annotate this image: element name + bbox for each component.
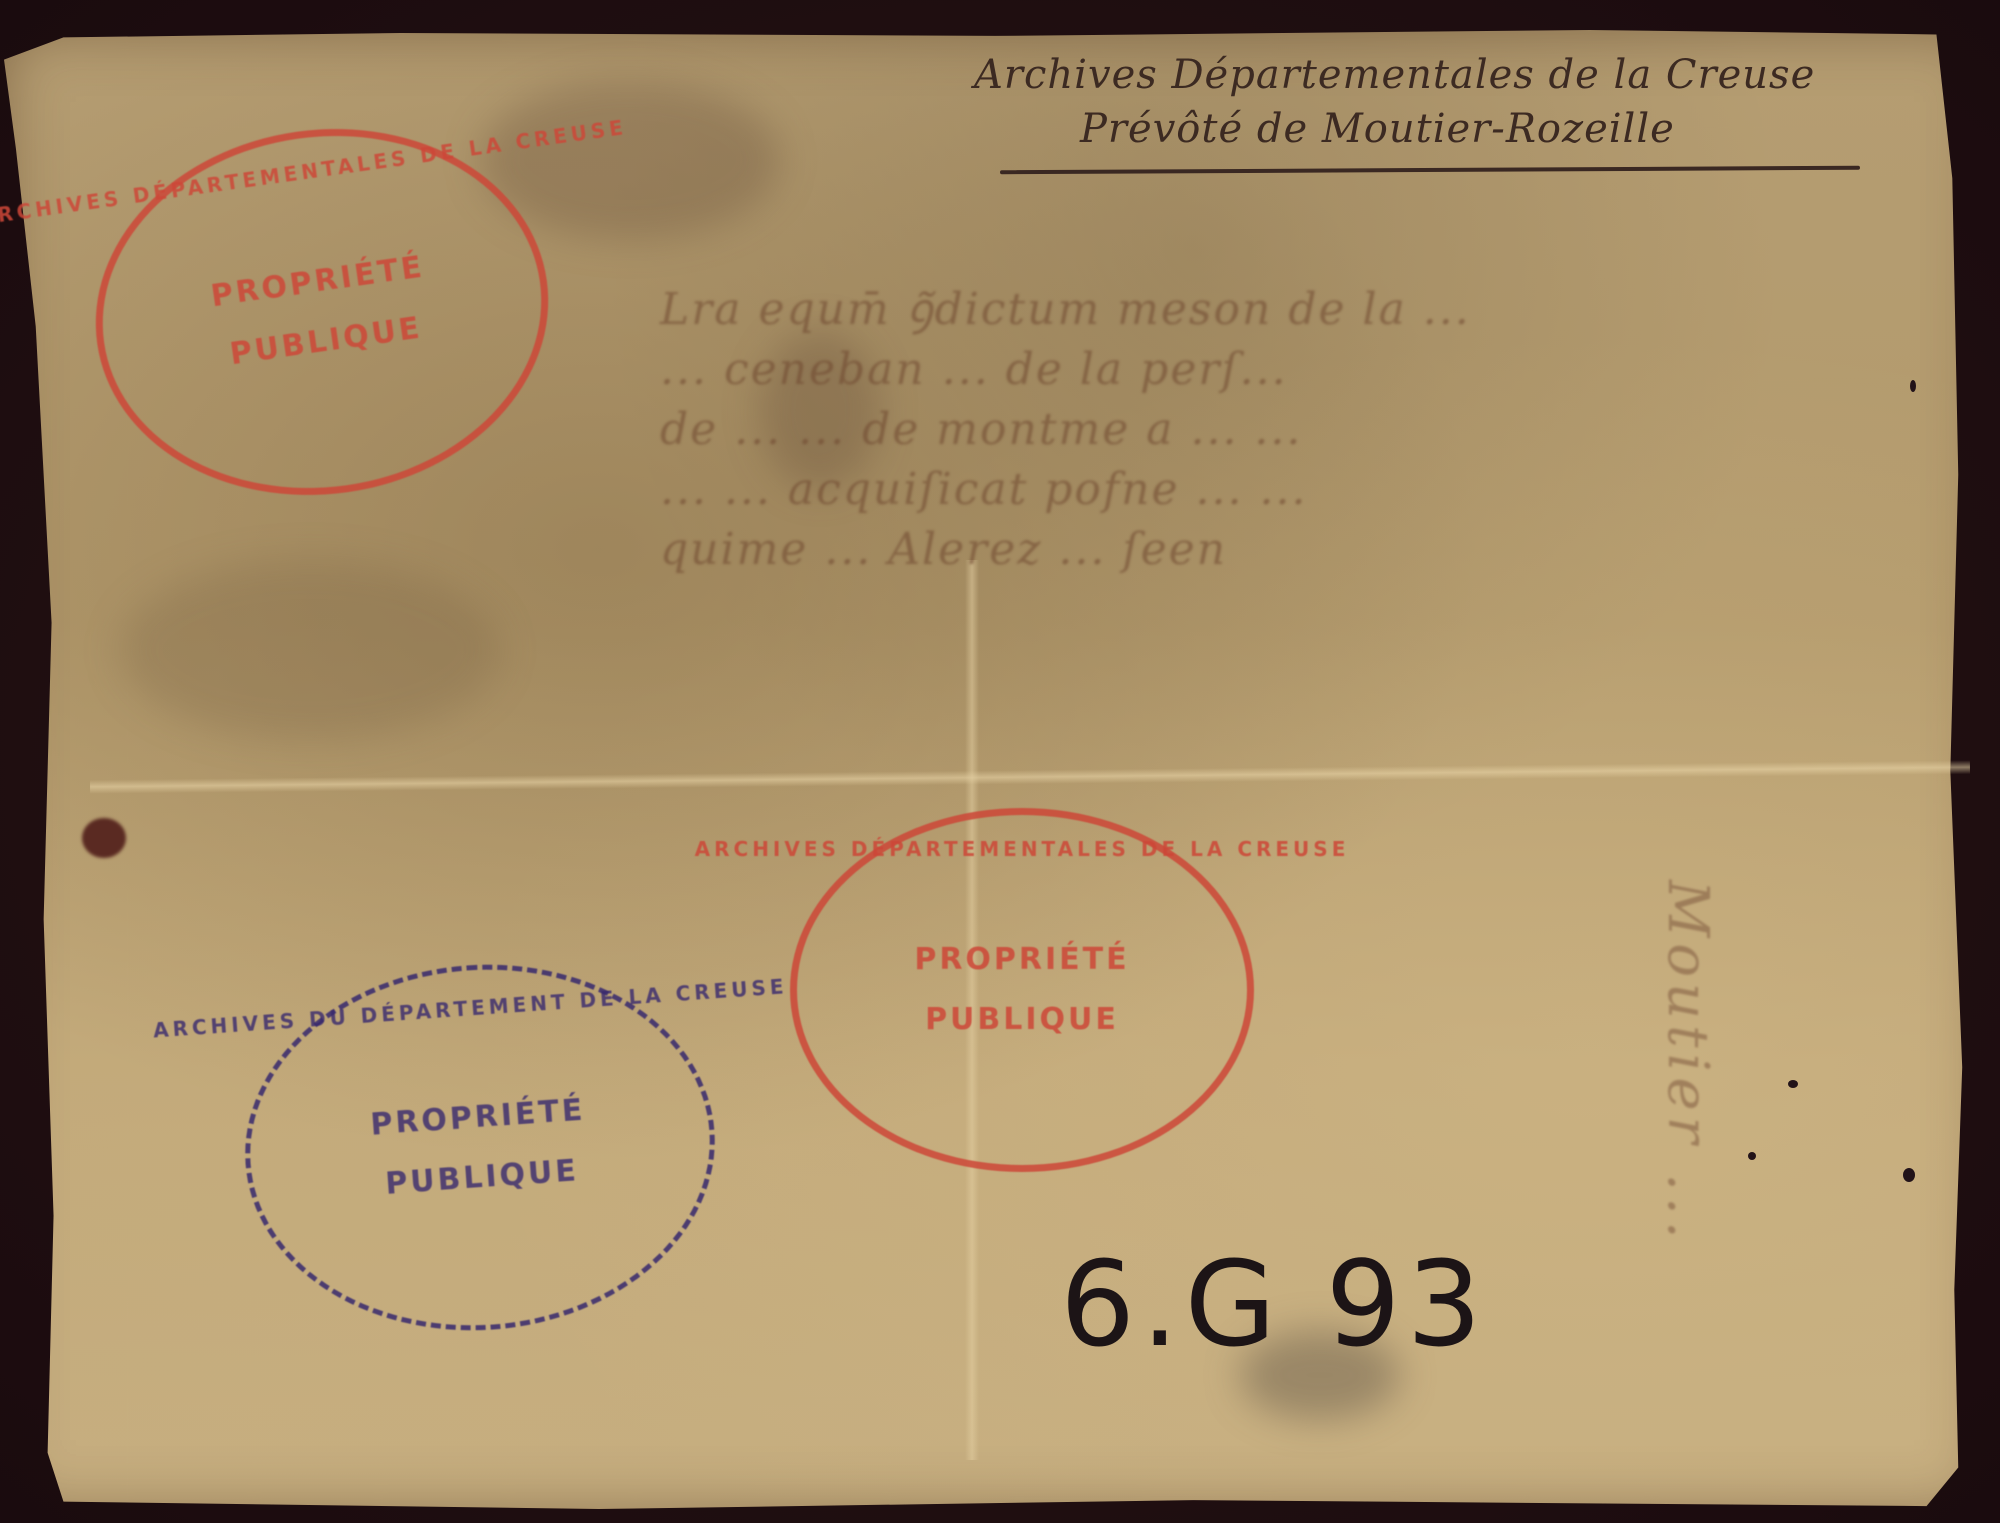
- worm-hole: [1903, 1168, 1915, 1182]
- worm-hole: [1910, 380, 1916, 392]
- worm-hole: [1788, 1080, 1798, 1088]
- water-stain: [120, 560, 500, 740]
- water-stain: [480, 80, 780, 240]
- stamp-ring-text: ARCHIVES DÉPARTEMENTALES DE LA CREUSE: [695, 837, 1350, 861]
- stamp-center-line: PUBLIQUE: [383, 1141, 581, 1214]
- red-archive-stamp: ARCHIVES DÉPARTEMENTALES DE LA CREUSE PR…: [790, 808, 1254, 1172]
- stamp-center-line: PUBLIQUE: [925, 990, 1119, 1050]
- endorsement-line: ... ceneban ... de la perſ...: [660, 340, 1920, 400]
- worm-hole: [1748, 1152, 1756, 1160]
- endorsement-line: quime ... Alerez ... ſeen: [660, 520, 1920, 580]
- shelfmark: 6.G 93: [1060, 1235, 1488, 1373]
- archive-name: Archives Départementales de la Creuse: [974, 52, 1870, 98]
- fonds-name: Prévôté de Moutier-Rozeille: [1080, 106, 1870, 152]
- archive-header: Archives Départementales de la Creuse Pr…: [970, 52, 1870, 172]
- margin-note: Moutier ...: [1655, 880, 1720, 1245]
- endorsement-line: ... ... acquiſicat pofne ... ...: [660, 460, 1920, 520]
- medieval-endorsement: Lra equm̄ ꝯ̃dictum meson de la ... ... c…: [660, 280, 1920, 580]
- endorsement-line: Lra equm̄ ꝯ̃dictum meson de la ...: [660, 280, 1920, 340]
- ink-blot: [82, 818, 126, 858]
- endorsement-line: de ... ... de montme a ... ...: [660, 400, 1920, 460]
- stamp-center-line: PROPRIÉTÉ: [914, 930, 1129, 990]
